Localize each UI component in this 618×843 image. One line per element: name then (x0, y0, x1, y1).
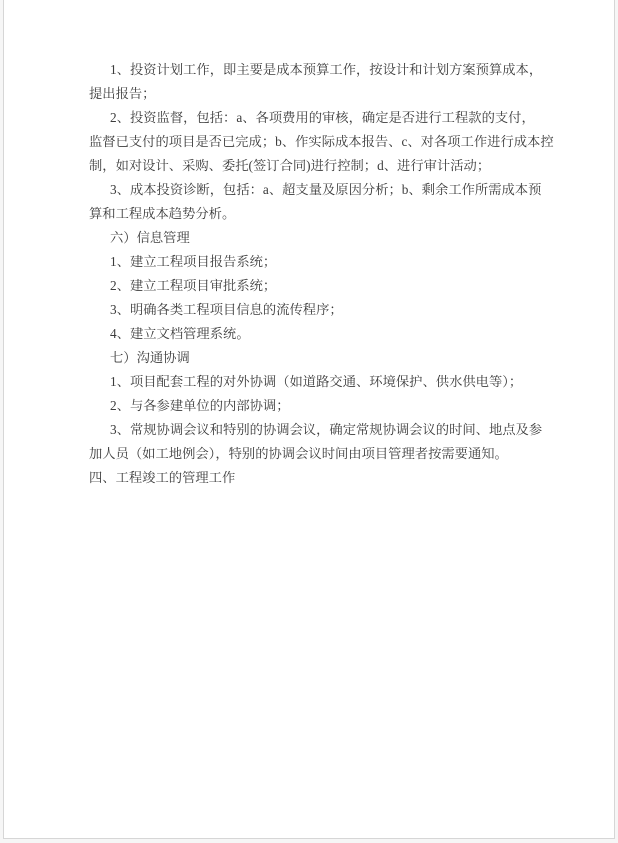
paragraph: 3、常规协调会议和特别的协调会议，确定常规协调会议的时间、地点及参加人员（如工地… (89, 418, 572, 466)
paragraph: 2、与各参建单位的内部协调； (89, 394, 572, 418)
paragraph: 3、明确各类工程项目信息的流传程序； (89, 298, 572, 322)
text-line: 六）信息管理 (89, 226, 572, 250)
document-page: 1、投资计划工作，即主要是成本预算工作，按设计和计划方案预算成本，提出报告；2、… (3, 0, 615, 839)
paragraph: 七）沟通协调 (89, 346, 572, 370)
paragraph: 3、成本投资诊断，包括：a、超支量及原因分析；b、剩余工作所需成本预算和工程成本… (89, 178, 572, 226)
text-line: 2、建立工程项目审批系统； (89, 274, 572, 298)
paragraph: 1、投资计划工作，即主要是成本预算工作，按设计和计划方案预算成本，提出报告； (89, 58, 572, 106)
text-line: 监督已支付的项目是否已完成；b、作实际成本报告、c、对各项工作进行成本控 (89, 130, 572, 154)
paragraph: 4、建立文档管理系统。 (89, 322, 572, 346)
text-line: 3、明确各类工程项目信息的流传程序； (89, 298, 572, 322)
text-line: 七）沟通协调 (89, 346, 572, 370)
document-content: 1、投资计划工作，即主要是成本预算工作，按设计和计划方案预算成本，提出报告；2、… (4, 0, 614, 490)
paragraph: 2、建立工程项目审批系统； (89, 274, 572, 298)
text-line: 3、成本投资诊断，包括：a、超支量及原因分析；b、剩余工作所需成本预 (89, 178, 572, 202)
text-line: 1、投资计划工作，即主要是成本预算工作，按设计和计划方案预算成本， (89, 58, 572, 82)
text-line: 2、投资监督，包括：a、各项费用的审核，确定是否进行工程款的支付， (89, 106, 572, 130)
paragraph: 1、建立工程项目报告系统； (89, 250, 572, 274)
text-line: 4、建立文档管理系统。 (89, 322, 572, 346)
text-line: 1、建立工程项目报告系统； (89, 250, 572, 274)
paragraph: 1、项目配套工程的对外协调（如道路交通、环境保护、供水供电等）； (89, 370, 572, 394)
text-line: 3、常规协调会议和特别的协调会议，确定常规协调会议的时间、地点及参 (89, 418, 572, 442)
text-line: 四、工程竣工的管理工作 (89, 466, 572, 490)
text-line: 2、与各参建单位的内部协调； (89, 394, 572, 418)
paragraph: 六）信息管理 (89, 226, 572, 250)
text-line: 提出报告； (89, 82, 572, 106)
text-line: 制，如对设计、采购、委托(签订合同)进行控制；d、进行审计活动； (89, 154, 572, 178)
text-line: 加人员（如工地例会），特别的协调会议时间由项目管理者按需要通知。 (89, 442, 572, 466)
paragraph: 四、工程竣工的管理工作 (89, 466, 572, 490)
text-line: 1、项目配套工程的对外协调（如道路交通、环境保护、供水供电等）； (89, 370, 572, 394)
paragraph: 2、投资监督，包括：a、各项费用的审核，确定是否进行工程款的支付，监督已支付的项… (89, 106, 572, 178)
text-line: 算和工程成本趋势分析。 (89, 202, 572, 226)
